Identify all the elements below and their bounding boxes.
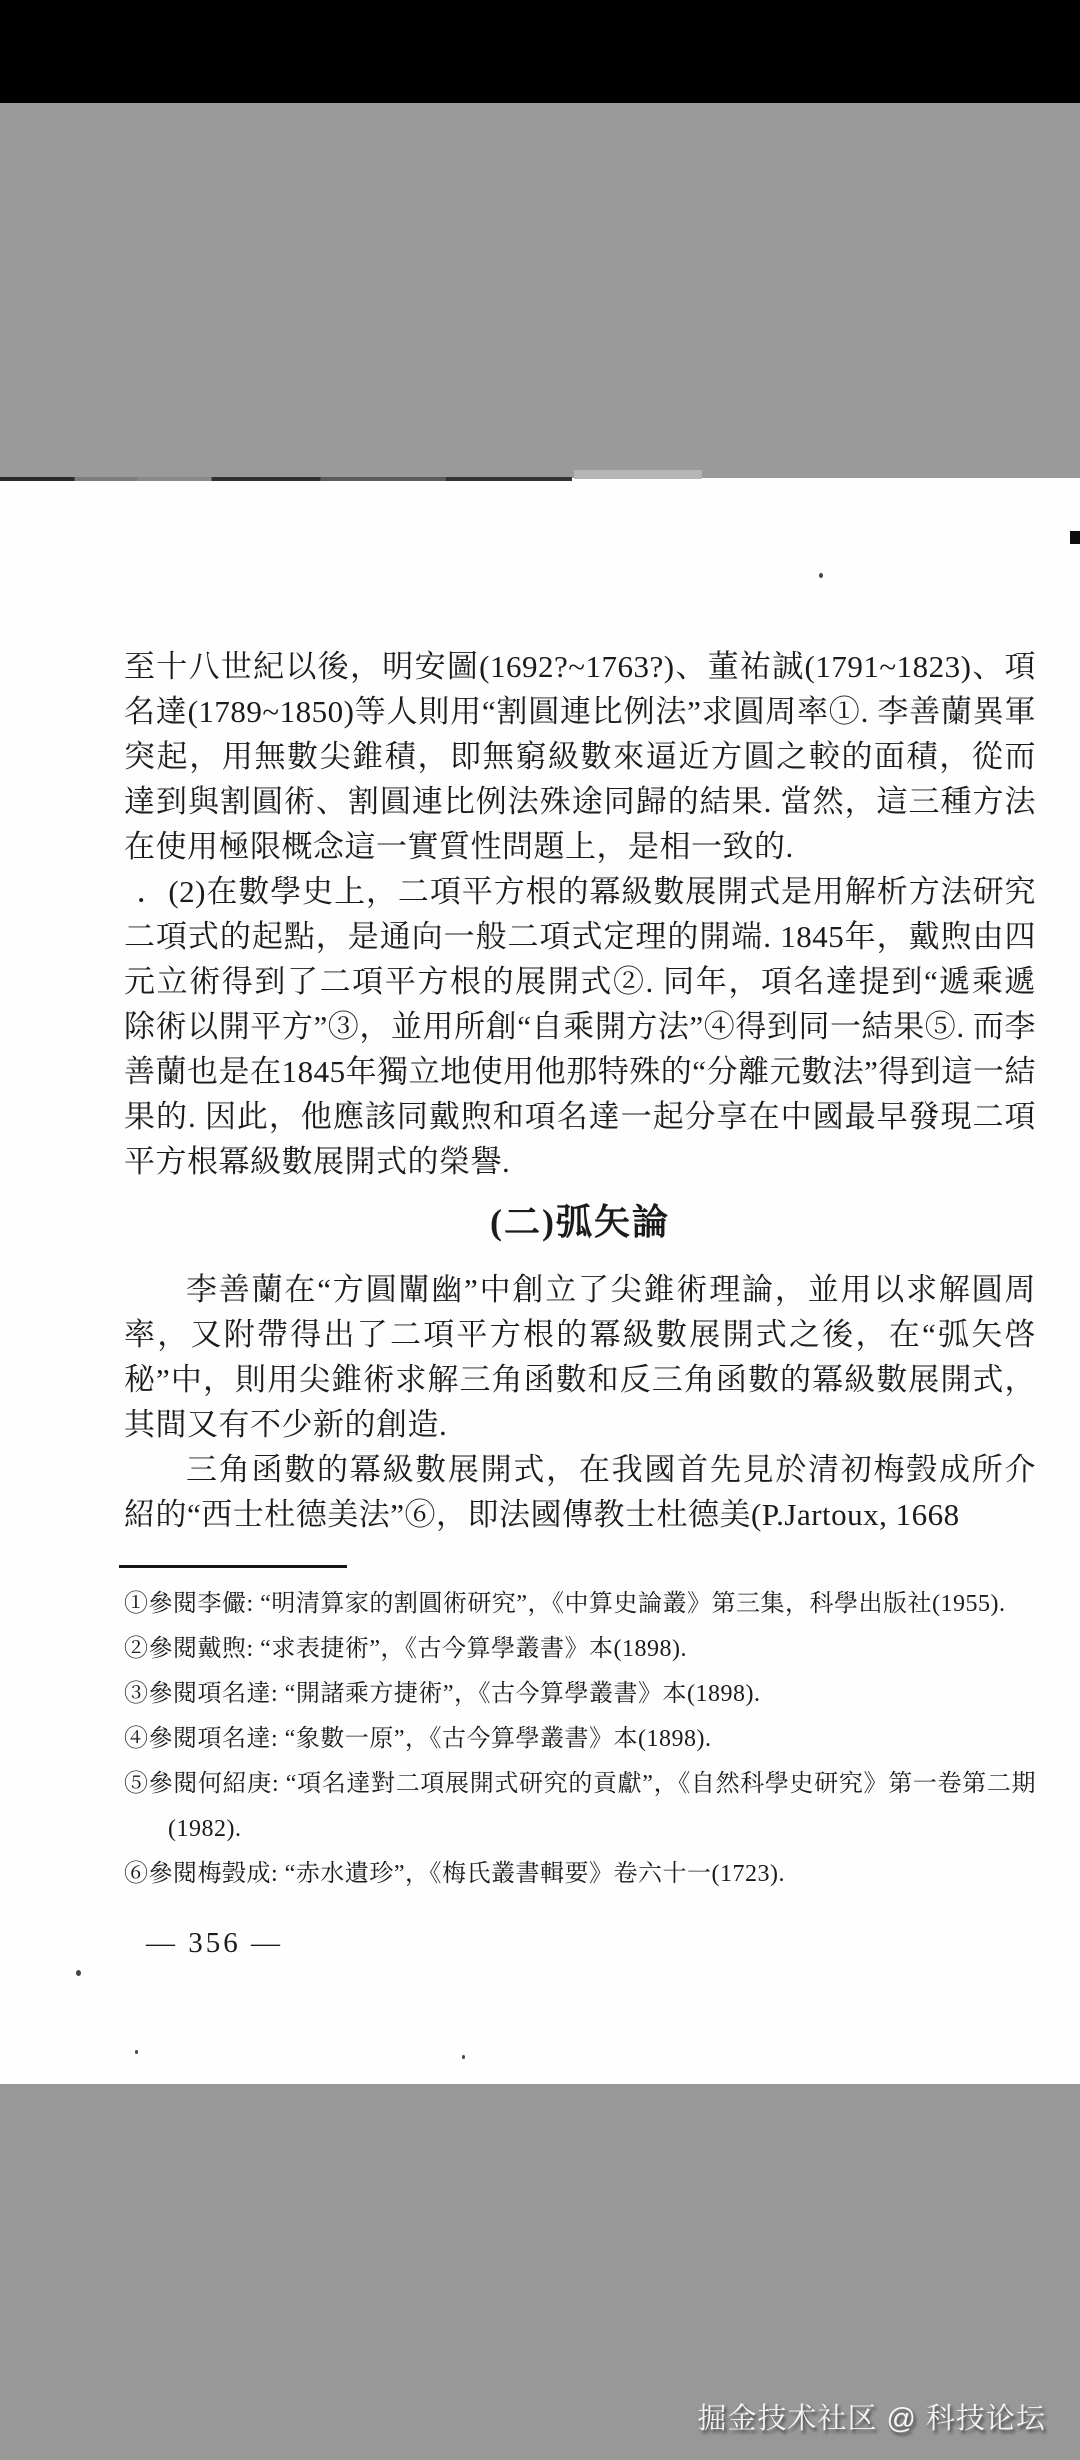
screenshot-root: { "reader": { "colors": { "top_strip": "…	[0, 0, 1080, 2460]
footnotes-block: ①參閱李儼: “明清算家的割圓術研究”，《中算史論叢》第三集，科學出版社(195…	[124, 1582, 1036, 1897]
scan-edge-artifact-notch	[574, 470, 702, 479]
top-black-strip	[0, 0, 1080, 103]
scan-edge-artifact-line	[0, 477, 572, 481]
footnote: ⑤參閱何紹庚: “項名達對二項展開式研究的貢獻”，《自然科學史研究》第一卷第二期…	[124, 1762, 1036, 1852]
footnote: ①參閱李儼: “明清算家的割圓術研究”，《中算史論叢》第三集，科學出版社(195…	[124, 1582, 1036, 1627]
footnote: ④參閱項名達: “象數一原”，《古今算學叢書》本(1898).	[124, 1717, 1036, 1762]
scan-tick-artifact	[1070, 531, 1080, 544]
scan-speck	[819, 573, 823, 578]
footnote: ②參閱戴煦: “求表捷術”，《古今算學叢書》本(1898).	[124, 1627, 1036, 1672]
section-heading: (二)弧矢論	[124, 1200, 1036, 1245]
page-text-block: 至十八世紀以後，明安圖(1692?~1763?)、董祐誠(1791~1823)、…	[124, 644, 1036, 1960]
body-paragraph: ．(2)在數學史上，二項平方根的冪級數展開式是用解析方法研究二項式的起點，是通向…	[124, 869, 1036, 1184]
watermark: 掘金技术社区 @ 科技论坛	[697, 2396, 1046, 2437]
scan-speck	[76, 1970, 81, 1976]
body-paragraph: 三角函數的冪級數展開式，在我國首先見於清初梅瑴成所介紹的“西士杜德美法”⑥，即法…	[124, 1447, 1036, 1537]
scan-speck	[135, 2050, 138, 2054]
scan-speck	[462, 2055, 465, 2059]
footnote: ③參閱項名達: “開諸乘方捷術”，《古今算學叢書》本(1898).	[124, 1672, 1036, 1717]
page-number: — 356 —	[146, 1927, 1036, 1960]
body-paragraph: 至十八世紀以後，明安圖(1692?~1763?)、董祐誠(1791~1823)、…	[124, 644, 1036, 869]
footnote: ⑥參閱梅瑴成: “赤水遺珍”，《梅氏叢書輯要》卷六十一(1723).	[124, 1852, 1036, 1897]
reader-background-top	[0, 103, 1080, 478]
body-paragraph: 李善蘭在“方圓闡幽”中創立了尖錐術理論，並用以求解圓周率，又附帶得出了二項平方根…	[124, 1267, 1036, 1447]
footnote-separator	[119, 1565, 347, 1568]
